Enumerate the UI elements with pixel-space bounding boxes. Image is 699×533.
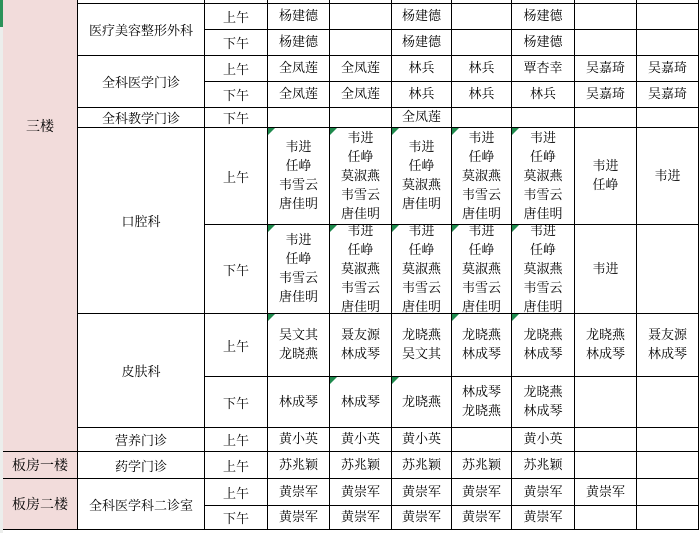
schedule-cell[interactable]: 林兵 (452, 82, 511, 107)
doctor-names: 韦进 任峥 莫淑燕 唐佳明 (402, 138, 441, 214)
doctor-names: 全凤莲 (341, 85, 380, 104)
schedule-cell[interactable]: 黄崇军 (575, 479, 636, 505)
clipped-row-cell[interactable] (575, 0, 636, 3)
schedule-cell[interactable]: 苏兆颖 (512, 452, 574, 478)
comment-marker-icon (330, 225, 337, 232)
time-cell[interactable]: 下午 (205, 82, 267, 107)
dept-label: 全科教学门诊 (102, 108, 180, 127)
doctor-names: 韦进 任峥 莫淑燕 韦雪云 唐佳明 (341, 129, 380, 224)
schedule-cell[interactable]: 韦进 (575, 225, 636, 313)
doctor-names: 韦进 (592, 260, 618, 279)
doctor-names: 黄崇军 (279, 508, 318, 527)
schedule-cell[interactable]: 全凤莲 (330, 82, 391, 107)
schedule-cell[interactable]: 韦进 任峥 莫淑燕 韦雪云 唐佳明 (392, 225, 451, 313)
doctor-names: 苏兆颖 (462, 456, 501, 475)
comment-marker-icon (268, 225, 275, 232)
schedule-cell[interactable] (575, 4, 636, 29)
schedule-cell[interactable]: 黄崇军 (330, 506, 391, 529)
schedule-cell[interactable] (330, 4, 391, 29)
comment-marker-icon (268, 128, 275, 135)
schedule-cell[interactable] (637, 377, 698, 427)
doctor-names: 吴嘉琦 (586, 59, 625, 78)
schedule-cell[interactable]: 龙晓燕 林成琴 (575, 314, 636, 376)
schedule-cell[interactable]: 韦进 任峥 莫淑燕 唐佳明 (392, 128, 451, 224)
dept-cell-dermatology[interactable]: 皮肤科 (78, 314, 204, 427)
schedule-cell[interactable] (575, 506, 636, 529)
schedule-cell[interactable]: 黄崇军 (392, 479, 451, 505)
time-label: 下午 (223, 508, 249, 527)
doctor-names: 林成琴 (341, 393, 380, 412)
doctor-names: 聂友源 林成琴 (648, 326, 687, 364)
schedule-cell[interactable] (330, 108, 391, 127)
spreadsheet-view: 三楼 板房一楼 板房二楼 医疗美容整形外科 全科医学门诊 全科教学门诊 口腔科 … (0, 0, 699, 533)
doctor-names: 吴嘉琦 (648, 59, 687, 78)
clipped-row-cell[interactable] (330, 0, 391, 3)
dept-cell-dental[interactable]: 口腔科 (78, 128, 204, 313)
doctor-names: 吴嘉琦 (648, 85, 687, 104)
time-cell[interactable]: 下午 (205, 30, 267, 55)
dept-label: 口腔科 (121, 211, 160, 230)
doctor-names: 韦进 任峥 (592, 157, 618, 195)
schedule-cell[interactable]: 杨建德 (392, 30, 451, 55)
schedule-cell[interactable]: 黄小英 (268, 428, 329, 451)
time-cell[interactable]: 上午 (205, 128, 267, 224)
time-label: 上午 (223, 336, 249, 355)
schedule-cell[interactable]: 黄小英 (330, 428, 391, 451)
comment-marker-icon (512, 314, 519, 321)
schedule-cell[interactable] (637, 428, 698, 451)
dept-label: 皮肤科 (121, 361, 160, 380)
clipped-row-cell[interactable] (205, 0, 267, 3)
doctor-names: 杨建德 (402, 7, 441, 26)
schedule-cell[interactable]: 韦进 任峥 莫淑燕 韦雪云 唐佳明 (512, 225, 574, 313)
doctor-names: 黄崇军 (341, 508, 380, 527)
schedule-cell[interactable]: 覃杏幸 (512, 56, 574, 81)
schedule-cell[interactable]: 黄崇军 (392, 506, 451, 529)
doctor-names: 全凤莲 (341, 59, 380, 78)
doctor-names: 杨建德 (523, 33, 562, 52)
doctor-names: 黄崇军 (586, 483, 625, 502)
schedule-cell[interactable]: 吴嘉琦 (575, 82, 636, 107)
schedule-cell[interactable]: 林兵 (392, 82, 451, 107)
time-label: 下午 (223, 85, 249, 104)
doctor-names: 苏兆颖 (341, 456, 380, 475)
doctor-names: 苏兆颖 (402, 456, 441, 475)
dept-cell-general-medicine[interactable]: 全科医学门诊 (78, 56, 204, 107)
time-cell[interactable]: 下午 (205, 225, 267, 313)
time-label: 下午 (223, 393, 249, 412)
doctor-names: 黄崇军 (402, 483, 441, 502)
doctor-names: 黄崇军 (523, 508, 562, 527)
time-label: 下午 (223, 33, 249, 52)
doctor-names: 黄小英 (523, 430, 562, 449)
schedule-cell[interactable]: 黄小英 (512, 428, 574, 451)
doctor-names: 黄崇军 (279, 483, 318, 502)
schedule-cell[interactable]: 韦进 任峥 莫淑燕 韦雪云 唐佳明 (452, 128, 511, 224)
schedule-cell[interactable] (637, 108, 698, 127)
schedule-cell[interactable]: 杨建德 (268, 30, 329, 55)
floor-cell-3rd-floor[interactable]: 三楼 (3, 0, 77, 451)
schedule-cell[interactable]: 黄崇军 (512, 506, 574, 529)
schedule-cell[interactable]: 吴嘉琦 (637, 82, 698, 107)
schedule-cell[interactable]: 林兵 (452, 56, 511, 81)
floor-cell-prefab-1f[interactable]: 板房一楼 (3, 452, 77, 478)
doctor-names: 韦进 任峥 韦雪云 唐佳明 (279, 231, 318, 307)
clipped-row-cell[interactable] (452, 0, 511, 3)
schedule-cell[interactable] (575, 452, 636, 478)
comment-marker-icon (512, 225, 519, 232)
floor-cell-prefab-2f[interactable]: 板房二楼 (3, 479, 77, 529)
doctor-names: 苏兆颖 (279, 456, 318, 475)
doctor-names: 韦进 任峥 莫淑燕 韦雪云 唐佳明 (402, 225, 441, 313)
schedule-cell[interactable]: 龙晓燕 林成琴 (512, 377, 574, 427)
schedule-cell[interactable] (330, 30, 391, 55)
floor-label: 三楼 (3, 116, 77, 136)
doctor-names: 杨建德 (402, 33, 441, 52)
doctor-names: 黄小英 (402, 430, 441, 449)
time-cell[interactable]: 上午 (205, 56, 267, 81)
schedule-cell[interactable] (512, 108, 574, 127)
doctor-names: 苏兆颖 (523, 456, 562, 475)
doctor-names: 龙晓燕 林成琴 (523, 326, 562, 364)
time-cell[interactable]: 上午 (205, 452, 267, 478)
schedule-cell[interactable]: 韦进 任峥 莫淑燕 韦雪云 唐佳明 (512, 128, 574, 224)
schedule-cell[interactable] (452, 428, 511, 451)
dept-label: 全科医学科二诊室 (89, 495, 193, 514)
schedule-cell[interactable]: 苏兆颖 (392, 452, 451, 478)
doctor-names: 黄崇军 (341, 483, 380, 502)
doctor-names: 杨建德 (279, 33, 318, 52)
clipped-row-cell[interactable] (512, 0, 574, 3)
doctor-names: 覃杏幸 (523, 59, 562, 78)
schedule-cell[interactable]: 吴文其 龙晓燕 (268, 314, 329, 376)
doctor-names: 林兵 (468, 85, 494, 104)
doctor-names: 黄崇军 (523, 483, 562, 502)
doctor-names: 韦进 任峥 莫淑燕 韦雪云 唐佳明 (523, 129, 562, 224)
schedule-cell[interactable]: 林成琴 (268, 377, 329, 427)
schedule-cell[interactable]: 黄崇军 (452, 506, 511, 529)
schedule-cell[interactable]: 苏兆颖 (330, 452, 391, 478)
schedule-cell[interactable] (575, 30, 636, 55)
doctor-names: 韦进 任峥 韦雪云 唐佳明 (279, 138, 318, 214)
doctor-names: 杨建德 (523, 7, 562, 26)
doctor-names: 韦进 任峥 莫淑燕 韦雪云 唐佳明 (523, 225, 562, 313)
time-label: 下午 (223, 260, 249, 279)
time-cell[interactable]: 上午 (205, 428, 267, 451)
time-label: 上午 (223, 483, 249, 502)
schedule-cell[interactable]: 全凤莲 (268, 56, 329, 81)
schedule-cell[interactable]: 林兵 (512, 82, 574, 107)
schedule-cell[interactable]: 龙晓燕 吴文其 (392, 314, 451, 376)
schedule-cell[interactable]: 林兵 (392, 56, 451, 81)
dept-cell-nutrition[interactable]: 营养门诊 (78, 428, 204, 451)
clipped-row-cell[interactable] (268, 0, 329, 3)
schedule-cell[interactable]: 吴嘉琦 (575, 56, 636, 81)
doctor-names: 吴嘉琦 (586, 85, 625, 104)
clipped-row-cell[interactable] (78, 0, 204, 3)
time-cell[interactable]: 下午 (205, 108, 267, 127)
comment-marker-icon (392, 225, 399, 232)
comment-marker-icon (392, 128, 399, 135)
dept-label: 营养门诊 (115, 430, 167, 449)
time-label: 上午 (223, 430, 249, 449)
time-cell[interactable]: 上午 (205, 4, 267, 29)
time-label: 上午 (223, 7, 249, 26)
schedule-cell[interactable] (637, 4, 698, 29)
schedule-cell[interactable] (637, 225, 698, 313)
doctor-names: 韦进 (654, 167, 680, 186)
schedule-cell[interactable]: 黄崇军 (268, 479, 329, 505)
doctor-names: 黄崇军 (462, 508, 501, 527)
time-label: 上午 (223, 456, 249, 475)
dept-label: 全科医学门诊 (102, 72, 180, 91)
schedule-cell[interactable]: 黄崇军 (330, 479, 391, 505)
doctor-names: 吴文其 龙晓燕 (279, 326, 318, 364)
doctor-names: 黄小英 (341, 430, 380, 449)
schedule-cell[interactable] (575, 377, 636, 427)
doctor-names: 龙晓燕 (402, 393, 441, 412)
doctor-names: 全凤莲 (279, 85, 318, 104)
schedule-cell[interactable]: 韦进 任峥 韦雪云 唐佳明 (268, 225, 329, 313)
schedule-table: 三楼 板房一楼 板房二楼 医疗美容整形外科 全科医学门诊 全科教学门诊 口腔科 … (3, 0, 699, 530)
comment-marker-icon (512, 128, 519, 135)
doctor-names: 林成琴 龙晓燕 (462, 383, 501, 421)
schedule-cell[interactable]: 林成琴 龙晓燕 (452, 377, 511, 427)
schedule-cell[interactable]: 黄小英 (392, 428, 451, 451)
schedule-cell[interactable] (452, 108, 511, 127)
schedule-cell[interactable]: 龙晓燕 林成琴 (452, 314, 511, 376)
doctor-names: 林成琴 (279, 393, 318, 412)
comment-marker-icon (392, 377, 399, 384)
floor-label: 板房二楼 (12, 494, 68, 514)
comment-marker-icon (330, 377, 337, 384)
schedule-cell[interactable]: 聂友源 林成琴 (637, 314, 698, 376)
schedule-cell[interactable]: 韦进 任峥 (575, 128, 636, 224)
dept-cell-general-teaching[interactable]: 全科教学门诊 (78, 108, 204, 127)
schedule-cell[interactable] (452, 30, 511, 55)
time-cell[interactable]: 上午 (205, 314, 267, 376)
doctor-names: 聂友源 林成琴 (341, 326, 380, 364)
time-label: 上午 (223, 167, 249, 186)
doctor-names: 龙晓燕 林成琴 (523, 383, 562, 421)
schedule-cell[interactable]: 苏兆颖 (268, 452, 329, 478)
schedule-cell[interactable]: 韦进 任峥 莫淑燕 韦雪云 唐佳明 (452, 225, 511, 313)
clipped-row-cell[interactable] (392, 0, 451, 3)
time-label: 下午 (223, 108, 249, 127)
schedule-cell[interactable]: 龙晓燕 林成琴 (512, 314, 574, 376)
dept-cell-pharmacy[interactable]: 药学门诊 (78, 452, 204, 478)
doctor-names: 龙晓燕 吴文其 (402, 326, 441, 364)
schedule-cell[interactable]: 全凤莲 (268, 82, 329, 107)
doctor-names: 黄崇军 (462, 483, 501, 502)
schedule-cell[interactable]: 黄崇军 (452, 479, 511, 505)
schedule-cell[interactable] (637, 452, 698, 478)
floor-label: 板房一楼 (12, 455, 68, 475)
schedule-cell[interactable]: 韦进 任峥 莫淑燕 韦雪云 唐佳明 (330, 225, 391, 313)
schedule-cell[interactable]: 吴嘉琦 (637, 56, 698, 81)
clipped-row-cell[interactable] (637, 0, 698, 3)
schedule-cell[interactable] (575, 428, 636, 451)
comment-marker-icon (452, 314, 459, 321)
schedule-cell[interactable]: 杨建德 (512, 4, 574, 29)
dept-label: 医疗美容整形外科 (89, 20, 193, 39)
schedule-cell[interactable] (575, 108, 636, 127)
doctor-names: 黄小英 (279, 430, 318, 449)
doctor-names: 黄崇军 (402, 508, 441, 527)
doctor-names: 林兵 (468, 59, 494, 78)
doctor-names: 杨建德 (279, 7, 318, 26)
schedule-cell[interactable] (268, 108, 329, 127)
time-cell[interactable]: 下午 (205, 506, 267, 529)
doctor-names: 韦进 任峥 莫淑燕 韦雪云 唐佳明 (341, 225, 380, 313)
time-label: 上午 (223, 59, 249, 78)
schedule-cell[interactable]: 林成琴 (330, 377, 391, 427)
comment-marker-icon (268, 314, 275, 321)
schedule-cell[interactable]: 聂友源 林成琴 (330, 314, 391, 376)
schedule-cell[interactable]: 全凤莲 (330, 56, 391, 81)
comment-marker-icon (330, 128, 337, 135)
schedule-cell[interactable]: 龙晓燕 (392, 377, 451, 427)
comment-marker-icon (452, 128, 459, 135)
doctor-names: 龙晓燕 林成琴 (462, 326, 501, 364)
doctor-names: 韦进 任峥 莫淑燕 韦雪云 唐佳明 (462, 129, 501, 224)
schedule-cell[interactable]: 全凤莲 (392, 108, 451, 127)
schedule-cell[interactable] (637, 479, 698, 505)
doctor-names: 林兵 (530, 85, 556, 104)
schedule-cell[interactable]: 杨建德 (268, 4, 329, 29)
doctor-names: 林兵 (408, 85, 434, 104)
schedule-cell[interactable]: 韦进 任峥 韦雪云 唐佳明 (268, 128, 329, 224)
schedule-cell[interactable]: 黄崇军 (268, 506, 329, 529)
time-cell[interactable]: 上午 (205, 479, 267, 505)
schedule-cell[interactable]: 苏兆颖 (452, 452, 511, 478)
doctor-names: 韦进 任峥 莫淑燕 韦雪云 唐佳明 (462, 225, 501, 313)
schedule-cell[interactable]: 黄崇军 (512, 479, 574, 505)
doctor-names: 全凤莲 (279, 59, 318, 78)
dept-label: 药学门诊 (115, 456, 167, 475)
schedule-cell[interactable] (637, 506, 698, 529)
schedule-cell[interactable] (637, 30, 698, 55)
schedule-cell[interactable]: 杨建德 (392, 4, 451, 29)
schedule-cell[interactable]: 韦进 任峥 莫淑燕 韦雪云 唐佳明 (330, 128, 391, 224)
schedule-cell[interactable]: 杨建德 (512, 30, 574, 55)
doctor-names: 龙晓燕 林成琴 (586, 326, 625, 364)
dept-cell-general-room2[interactable]: 全科医学科二诊室 (78, 479, 204, 529)
dept-cell-cosmetic-surgery[interactable]: 医疗美容整形外科 (78, 4, 204, 55)
doctor-names: 林兵 (408, 59, 434, 78)
schedule-cell[interactable]: 韦进 (637, 128, 698, 224)
doctor-names: 全凤莲 (402, 108, 441, 127)
comment-marker-icon (452, 225, 459, 232)
time-cell[interactable]: 下午 (205, 377, 267, 427)
schedule-cell[interactable] (452, 4, 511, 29)
